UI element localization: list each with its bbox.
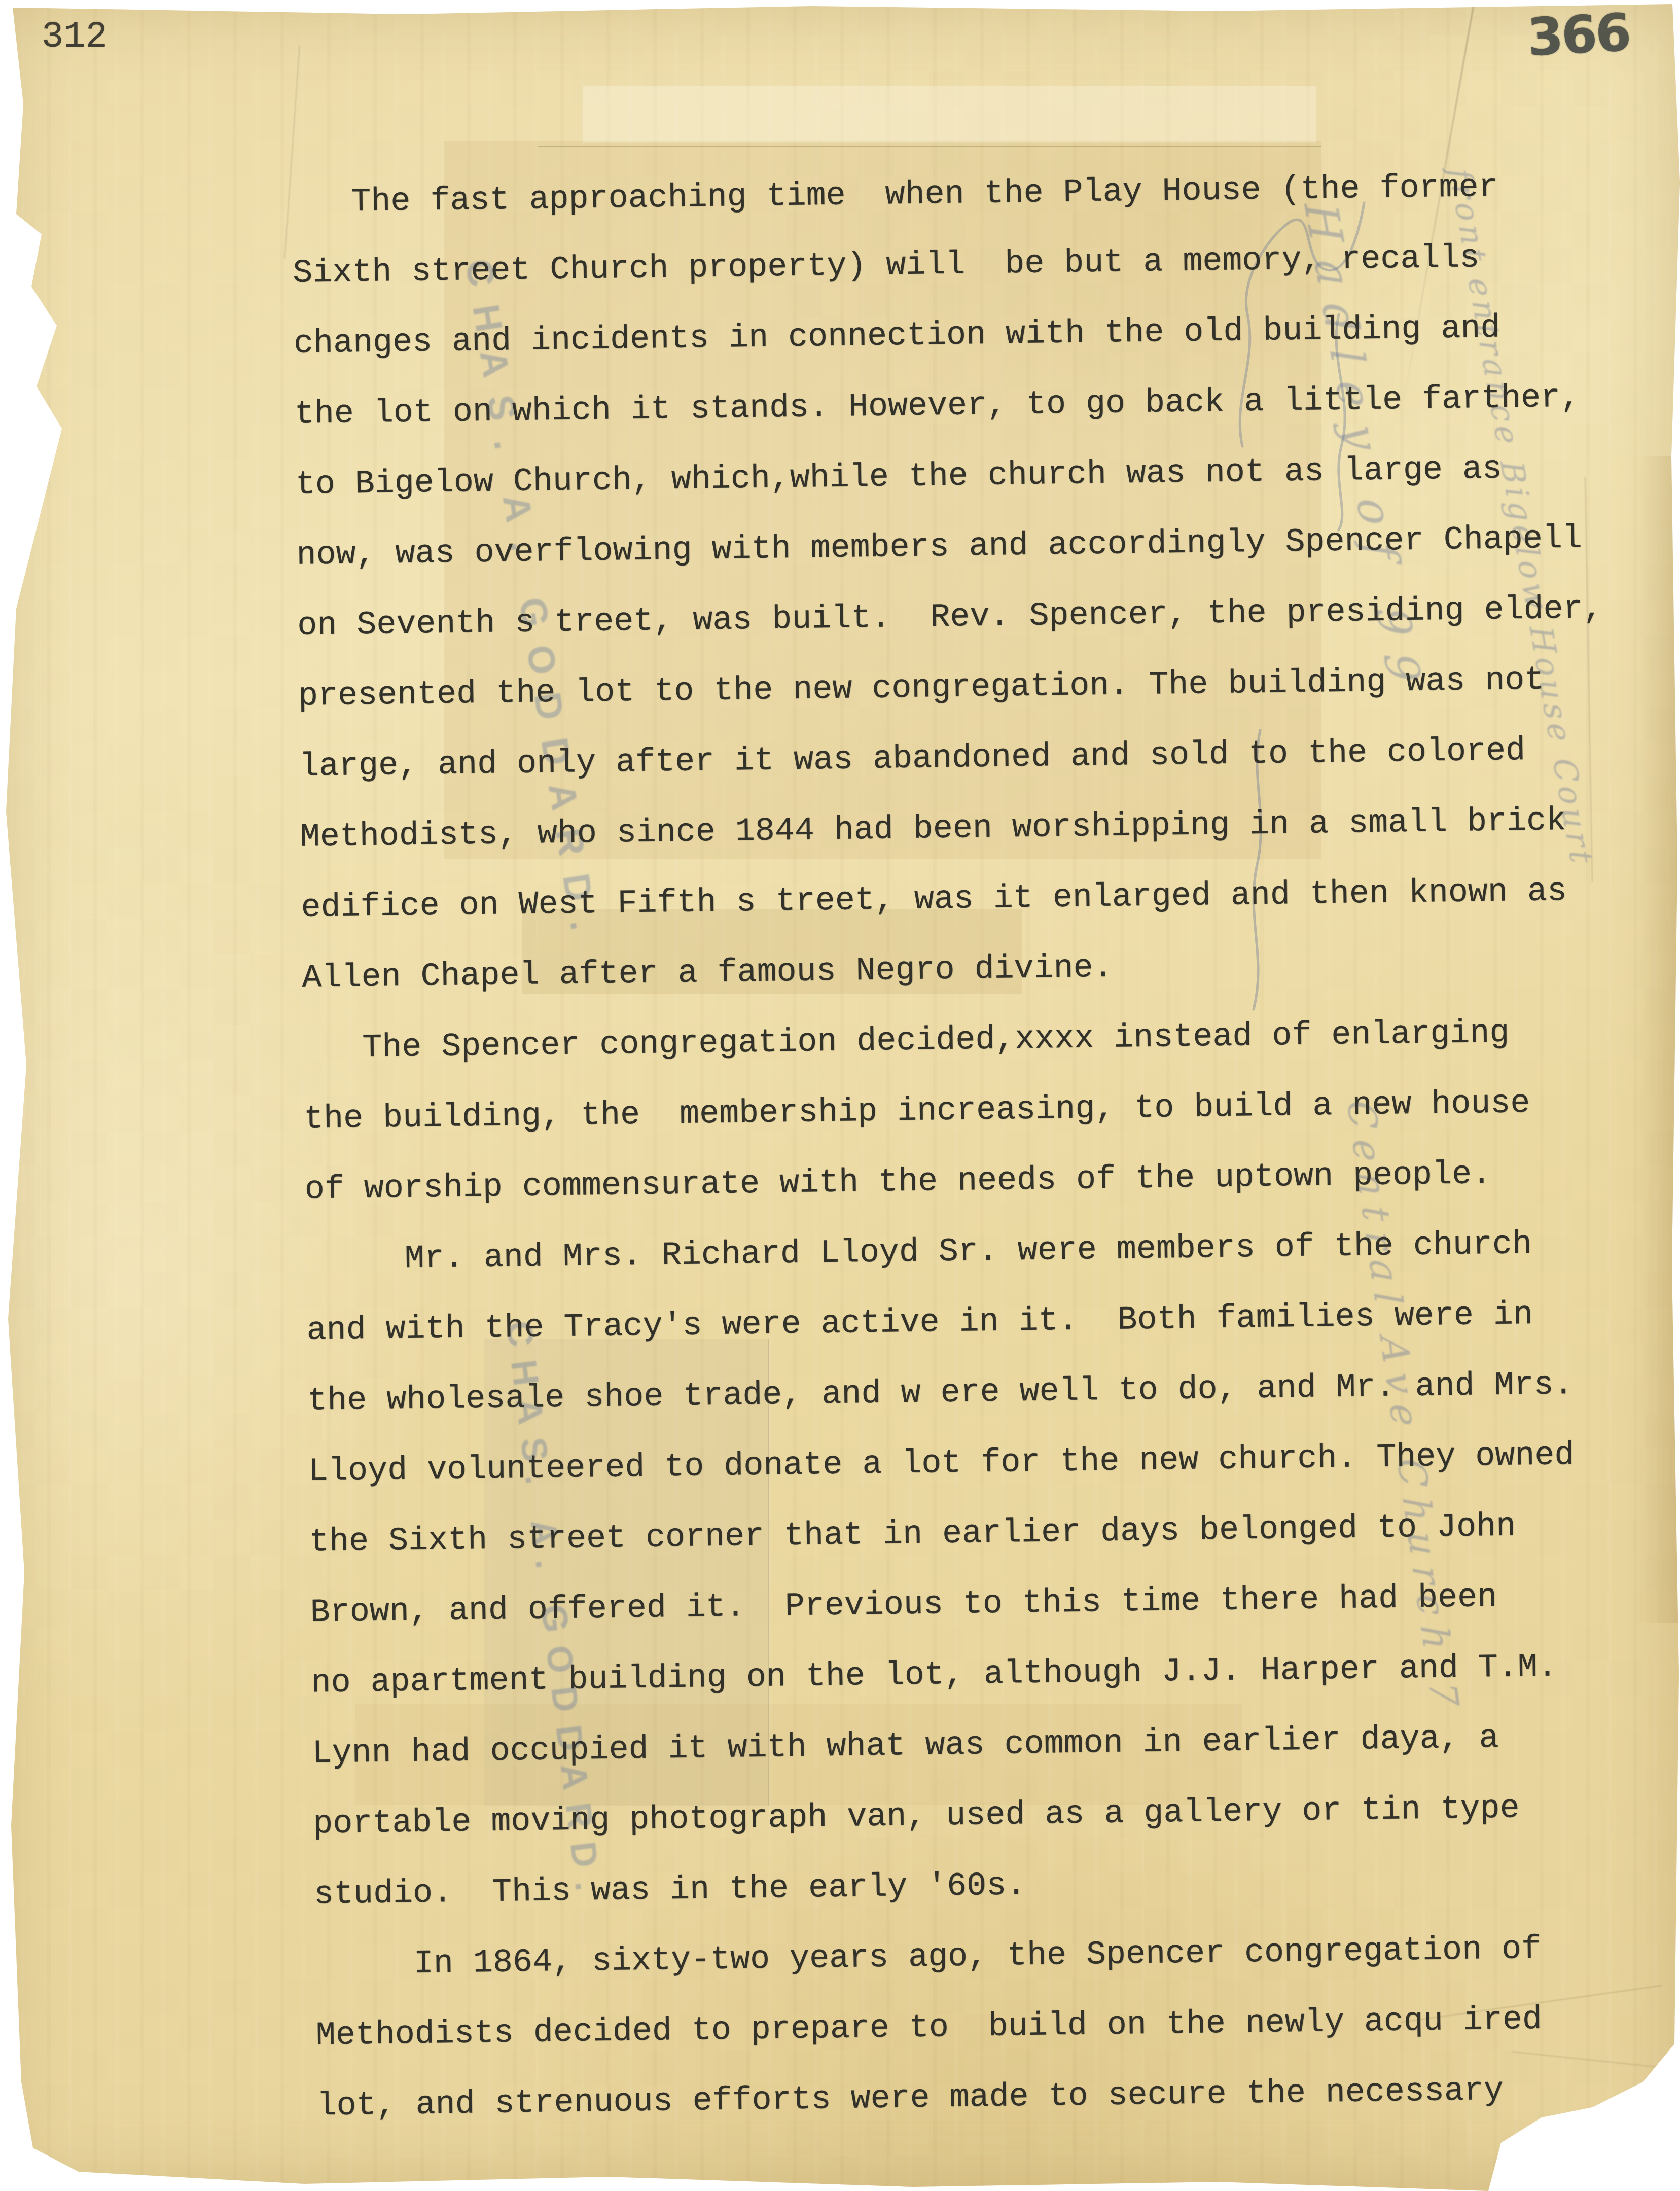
patch-edge-line — [538, 146, 1321, 147]
typescript-body: The fast approaching time when the Play … — [291, 150, 1680, 2141]
typed-page-number: 312 — [42, 16, 108, 58]
discoloration-light-band — [583, 86, 1316, 143]
manuscript-page: CHAS. A. GODDARD. CHAS. A. GODDARD. Hadl… — [0, 0, 1680, 2191]
scan-canvas: { "document": { "page_number_typed": "31… — [0, 0, 1680, 2191]
handwritten-folio-number: 366 — [1526, 3, 1631, 68]
